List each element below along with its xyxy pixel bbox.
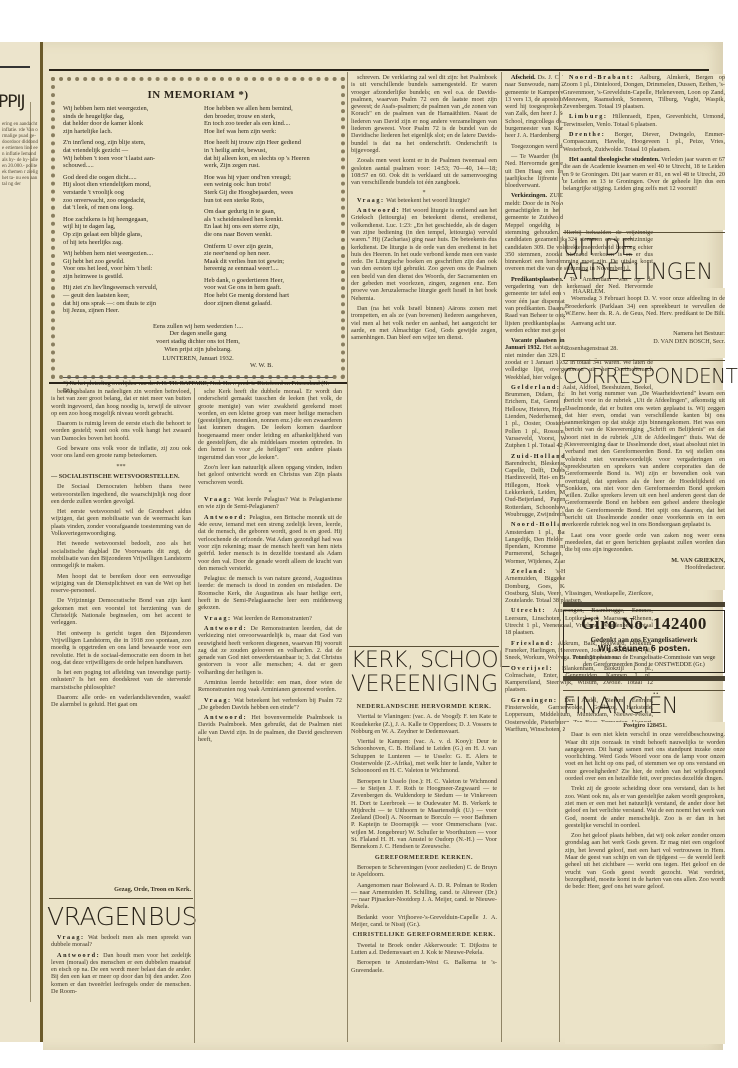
financien-heading: FINANCIËN [563, 696, 678, 718]
news-item: Beroepen te Usselo (toe.): H. C. Valeton… [351, 778, 497, 851]
rule [49, 382, 347, 384]
stanza: Heb dank, o goedertieren Heer, voor wat … [204, 277, 333, 307]
paragraph: Daarom is ruimig leven de eerste eisch d… [51, 420, 191, 442]
kerk-school-heading-2: VEREENIGING [351, 674, 498, 696]
kerk-school-heading-1: KERK, SCHOOL [351, 650, 510, 672]
province-name: Noord-Brabant: [569, 74, 634, 81]
rule [563, 360, 725, 361]
question-label: Vraag: [204, 615, 232, 622]
giro-line-3: Penningmeester van de Evangelisatie-Comm… [568, 655, 720, 669]
financien-body: Postgiro 128451. Daar is een niet klein … [565, 722, 725, 1044]
correspondentie-heading: CORRESPONDENTIE [563, 366, 738, 386]
paragraph: Aanvang acht uur. [565, 320, 725, 327]
rule [0, 66, 30, 68]
question-text: Wat beteekent het woord liturgie? [386, 197, 470, 204]
answer-label: Antwoord: [204, 714, 247, 721]
paragraph: schreven. De verklaring zal wel dit zijn… [351, 74, 497, 154]
adjacent-page-text: ering en aandacht inflatie. rde Van orma… [2, 122, 38, 188]
separator: * [351, 189, 497, 196]
stanza: Wij hebben hem niet weergezien.... Gij h… [63, 250, 192, 280]
paragraph: Zooals men weet komt er in de Psalmen tw… [351, 157, 497, 186]
province-name: Groningen: [511, 697, 557, 704]
answer-label: Antwoord: [204, 514, 247, 521]
stanza: Om daar gedurig in te gaan, als 't schei… [204, 208, 333, 238]
news-item: Beroepen te Amsterdam-West G. Balkema te… [351, 959, 497, 974]
province-name: Gelderland: [511, 384, 561, 391]
in-memoriam-box: IN MEMORIAM *) Wij hebben hem niet weerg… [51, 77, 345, 379]
item-title: Afscheid. [511, 74, 536, 81]
question-label: Vraag: [204, 697, 232, 704]
news-item: Bedankt voor Vrijhoeve-'s-Grevelduin-Cap… [351, 914, 497, 929]
giro-box: Giro No. 142400 Gedenkt aan ons Evangeli… [563, 610, 725, 673]
answer-text: De Remonstranten leerden, dat de verkiez… [198, 625, 342, 676]
province-name: Drenthe: [569, 131, 605, 138]
answer-text: Pelagius, een Britsche monnik uit de 4de… [198, 514, 342, 572]
in-memoriam-title: IN MEMORIAM *) [63, 89, 333, 101]
paragraph: betalingsbalans in nadeeligen zin worden… [51, 388, 191, 417]
rule [563, 690, 725, 691]
rule [563, 232, 725, 233]
answer-label: Antwoord: [204, 625, 247, 632]
adjacent-page-edge: PPIJ ering en aandacht inflatie. rde Van… [0, 42, 43, 1042]
role: Hoofdredacteur. [565, 564, 725, 571]
subsection-heading: CHRISTELIJKE GEREFORMEERDE KERK. [351, 931, 497, 938]
stanza: Hij ziet z'n liev'lingswensch vervuld, —… [63, 284, 192, 314]
paragraph: Trekt zij de groote scheiding door ons v… [565, 785, 725, 829]
afdeelingen-body: HAARLEM. Woensdag 3 Februari hoopt D. V.… [565, 288, 725, 358]
column-divider [501, 72, 502, 1042]
newspaper-page: IN MEMORIAM *) Wij hebben hem niet weerg… [43, 42, 723, 1050]
column-divider [347, 72, 348, 1042]
paragraph: Het ontwerp is gericht tegen den Bijzond… [51, 630, 191, 666]
news-item: Aangenomen naar Bolsward A. D. R. Polman… [351, 882, 497, 911]
subtitle: Postgiro 128451. [565, 722, 725, 729]
kerk-school-body: NEDERLANDSCHE HERVORMDE KERK. Vierttal t… [351, 700, 497, 1045]
answer-label: Antwoord: [57, 952, 100, 959]
correspondentie-body: In het vorig nummer van „De Waarheidsvri… [565, 390, 725, 590]
stanza: Hoe hebben we allen hem bemind, den broe… [204, 105, 333, 135]
column-divider [30, 102, 31, 1002]
subsection-heading: NEDERLANDSCHE HERVORMDE KERK. [351, 703, 497, 710]
paragraph: De Sociaal Democraten hebben thans twee … [51, 483, 191, 505]
stanza: Wij hebben hem niet weergezien, sinds de… [63, 105, 192, 135]
answer-text: Het woord liturgie is ontleend aan het G… [351, 207, 497, 302]
paragraph: Laat ons voor goede orde van zaken nog w… [565, 532, 725, 554]
subsection-heading: GEREFORMEERDE KERKEN. [351, 854, 497, 861]
item-title: Het aantal theologische studenten. [569, 156, 660, 163]
giro-line-1: Gedenkt aan ons Evangelisatiewerk [568, 636, 720, 644]
column-b: sche Kerk heeft die dubbele moraal. Er w… [198, 388, 342, 1043]
paragraph: De Vrijzinnige Democratische Bond van zi… [51, 597, 191, 626]
stanza: Hoe zachtkens is hij heengegaan, wijl hi… [63, 216, 192, 246]
vragenbus-heading: VRAGENBUS [47, 904, 197, 929]
paragraph: Is het een poging tot afleiding van inwe… [51, 669, 191, 691]
answer-text: Dan houdt men voor het zedelijk leven (m… [51, 952, 191, 995]
stanza: Ontferm U over zijn gezin, zie neer'nend… [204, 243, 333, 273]
item-title: Verkiezingen. [511, 192, 547, 199]
province-name: Zuid-Holland: [511, 453, 570, 460]
separator: * [198, 489, 342, 496]
top-rule [49, 69, 709, 71]
paragraph: Het tweede wetsvoorstel bedoelt, zoo als… [51, 540, 191, 569]
paragraph: Het eerste wetsvoorstel wil de Grondwet … [51, 508, 191, 537]
city: HAARLEM. [573, 288, 725, 295]
secretary: D. VAN DEN BOSCH, Secr. [565, 338, 725, 345]
paragraph: Pelagius: de mensch is van nature gezond… [198, 575, 342, 611]
paragraph: Zoo'n leer kan natuurlijk alleen opgang … [198, 464, 342, 486]
question-label: Vraag: [357, 197, 385, 204]
province-name: Zeeland: [511, 568, 547, 575]
vragenbus-body: Vraag: Wat bedoelt men als men spreekt v… [51, 934, 191, 1044]
paragraph: God beware ons volk voor de inflatie, zi… [51, 445, 191, 460]
adjacent-page-heading: PPIJ [0, 92, 25, 112]
giro-line-2: Wij steunen 6 posten. [568, 644, 720, 653]
section-title: — SOCIALISTISCHE WETSVOORSTELLEN. [51, 473, 191, 480]
afdeelingen-heading-2: AFDEELINGEN [563, 262, 713, 284]
rule [349, 646, 499, 647]
address: Rosenhagenstraat 28. [565, 345, 725, 352]
column-e-top: Noord-Brabant: Aalburg, Almkerk, Bergen … [563, 74, 725, 230]
column-a: betalingsbalans in nadeeligen zin worden… [51, 388, 191, 884]
item-title: Predikantsplaatsen. [511, 276, 563, 283]
paragraph: Daar is een niet klein verschil in onze … [565, 731, 725, 782]
afdeelingen-heading-1: UIT DE [563, 238, 634, 260]
news-item: Tweetal te Broek onder Akkerwoude: T. Di… [351, 942, 497, 957]
signature: M. VAN GRIEKEN, [565, 557, 725, 564]
poem-right-column: Hoe hebben we allen hem bemind, den broe… [204, 105, 333, 319]
poem: Wij hebben hem niet weergezien, sinds de… [63, 105, 333, 319]
stanza: Hoe heeft hij trouw zijn Heer gediend in… [204, 139, 333, 169]
paragraph: Dan (na het volk Israël binnen) Aärons z… [351, 305, 497, 341]
paragraph: Zoo het geloof plaats hebben, dat wij oo… [565, 832, 725, 890]
paragraph: sche Kerk heeft die dubbele moraal. Er w… [198, 388, 342, 461]
province-name: Friesland: [511, 640, 554, 647]
signature: W. W. B. [63, 362, 273, 369]
giro-advert: Giro No. 142400 Gedenkt aan ons Evangeli… [563, 602, 725, 681]
news-item: Beroepen te Scheveningen (voor zeelieden… [351, 864, 497, 879]
news-item: Vierttal te Kampen: (vac. A. v. d. Kooy)… [351, 738, 497, 774]
column-divider [194, 388, 195, 1043]
closing-line: Gezag, Orde, Troon en Kerk. [51, 886, 191, 896]
paragraph: In het vorig nummer van „De Waarheidsvri… [565, 390, 725, 529]
paragraph: Daarom: alle orde- en vaderlandslievende… [51, 694, 191, 709]
paragraph: Men hoopt dat te bereiken door een eenvo… [51, 573, 191, 595]
question-label: Vraag: [204, 496, 232, 503]
column-c: schreven. De verklaring zal wel dit zijn… [351, 74, 497, 642]
giro-number: Giro No. 142400 [568, 614, 720, 634]
final-stanza: Eens zullen wij hem wederzien !.... Der … [63, 323, 333, 353]
place-date: LUNTEREN, Januari 1932. [63, 355, 333, 362]
column-divider [559, 72, 560, 1042]
stanza: God deed die oogen dicht..... Hij sloot … [63, 174, 192, 212]
board-label: Namens het Bestuur: [565, 330, 725, 337]
paragraph: Woensdag 3 Februari hoopt D. V. voor onz… [565, 295, 725, 317]
answer-label: Antwoord: [357, 207, 400, 214]
question-label: Vraag: [57, 934, 85, 941]
question-text: Wat leerden de Remonstranten? [233, 615, 312, 622]
separator: *** [51, 463, 191, 470]
province-name: Utrecht: [511, 607, 546, 614]
paragraph: Arminius leerde hetzelfde: een man, door… [198, 679, 342, 694]
province-name: Limburg: [569, 113, 608, 120]
stanza: Hoe was hij vjuer ond'ren vreugd; een we… [204, 174, 333, 204]
stanza: Z'n inn'lend oog, zijn blije stem, dat v… [63, 139, 192, 169]
province-name: Overijsel: [511, 665, 553, 672]
rule [49, 898, 193, 899]
news-item: Vierttal te Vlaningen: (vac. A. de Voogd… [351, 713, 497, 735]
poem-left-column: Wij hebben hem niet weergezien, sinds de… [63, 105, 192, 319]
